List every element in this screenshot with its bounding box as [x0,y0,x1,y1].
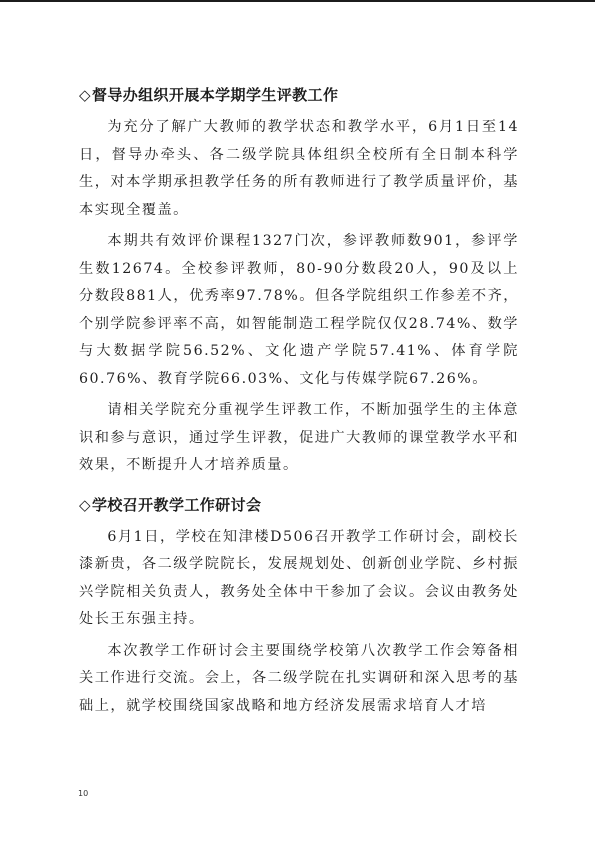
paragraph: 请相关学院充分重视学生评教工作，不断加强学生的主体意识和参与意识，通过学生评教，… [79,397,519,480]
page-body: ◇督导办组织开展本学期学生评教工作 为充分了解广大教师的教学状态和教学水平，6月… [79,82,519,724]
section-student-evaluation: ◇督导办组织开展本学期学生评教工作 为充分了解广大教师的教学状态和教学水平，6月… [79,82,519,480]
section-heading-text: 督导办组织开展本学期学生评教工作 [92,86,338,104]
section-heading-text: 学校召开教学工作研讨会 [92,496,261,514]
paragraph: 为充分了解广大教师的教学状态和教学水平，6月1日至14日，督导办牵头、各二级学院… [79,114,519,224]
diamond-bullet-icon: ◇ [79,492,91,519]
page-number: 10 [78,789,88,798]
paragraph: 本期共有效评价课程1327门次，参评教师数901，参评学生数12674。全校参评… [79,228,519,393]
section-heading: ◇学校召开教学工作研讨会 [79,492,519,519]
section-heading: ◇督导办组织开展本学期学生评教工作 [79,82,519,109]
top-border-rule [0,0,595,2]
paragraph: 本次教学工作研讨会主要围绕学校第八次教学工作会筹备相关工作进行交流。会上，各二级… [79,638,519,721]
paragraph: 6月1日，学校在知津楼D506召开教学工作研讨会，副校长漆新贵，各二级学院院长，… [79,524,519,634]
section-teaching-seminar: ◇学校召开教学工作研讨会 6月1日，学校在知津楼D506召开教学工作研讨会，副校… [79,492,519,721]
diamond-bullet-icon: ◇ [79,82,91,109]
